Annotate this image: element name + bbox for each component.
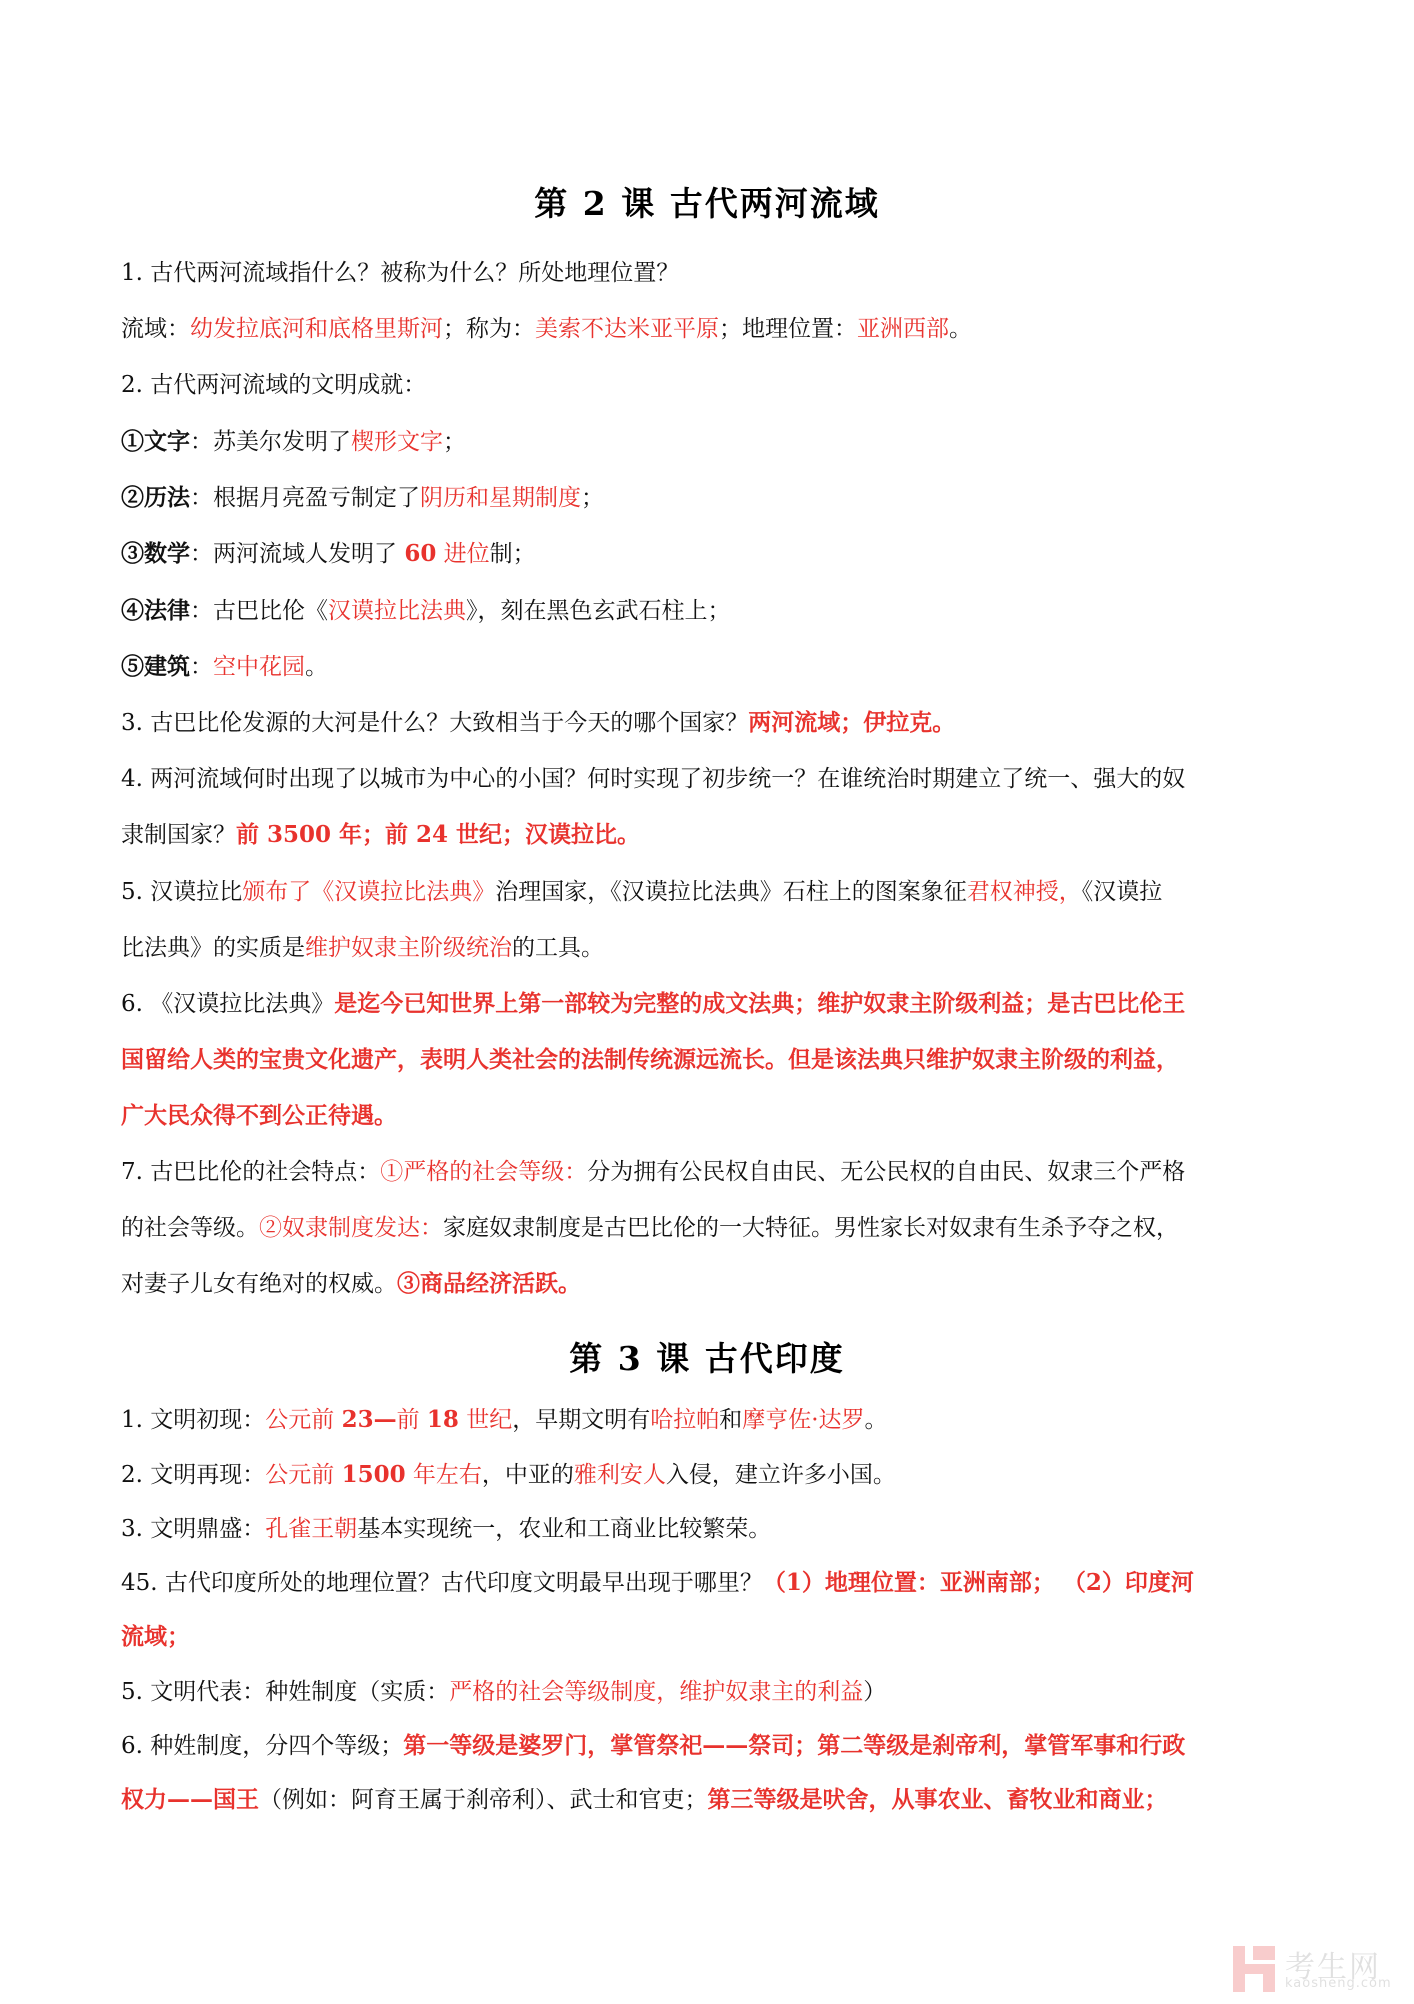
text-line: 4. 两河流域何时出现了以城市为中心的小国？何时实现了初步统一？在谁统治时期建立…: [121, 764, 1301, 794]
text-line: ⑤建筑：空中花园。: [121, 652, 1301, 682]
text-line: 2. 古代两河流域的文明成就：: [121, 370, 1301, 400]
answer-highlight: 世纪: [459, 1407, 512, 1433]
text-segment: 。: [305, 654, 328, 680]
answer-highlight: ④法律: [121, 597, 190, 624]
answer-highlight: 颁布了《汉谟拉比法典》: [242, 879, 495, 905]
text-line: 广大民众得不到公正待遇。: [121, 1101, 1301, 1131]
answer-highlight: （1）地理位置：亚洲南部； （2）印度河: [763, 1569, 1194, 1596]
text-segment: 基本实现统一，农业和工商业比较繁荣。: [357, 1516, 771, 1542]
text-line: 隶制国家？前 3500 年；前 24 世纪；汉谟拉比。: [121, 820, 1301, 850]
answer-highlight: ①严格的社会等级：: [380, 1159, 587, 1185]
text-line: 7. 古巴比伦的社会特点：①严格的社会等级：分为拥有公民权自由民、无公民权的自由…: [121, 1157, 1301, 1187]
text-segment: 制；: [490, 541, 536, 567]
text-line: 的社会等级。②奴隶制度发达：家庭奴隶制度是古巴比伦的一大特征。男性家长对奴隶有生…: [121, 1213, 1301, 1243]
text-segment: ：苏美尔发明了: [190, 429, 351, 455]
text-segment: 1. 文明初现：: [121, 1407, 265, 1433]
text-segment: 对妻子儿女有绝对的权威。: [121, 1271, 397, 1297]
text-segment: ；地理位置：: [719, 316, 857, 342]
text-line: ②历法：根据月亮盈亏制定了阴历和星期制度；: [121, 483, 1301, 513]
text-segment: 家庭奴隶制度是古巴比伦的一大特征。男性家长对奴隶有生杀予夺之权，: [443, 1215, 1179, 1241]
text-line: 对妻子儿女有绝对的权威。③商品经济活跃。: [121, 1269, 1301, 1299]
text-segment: 7. 古巴比伦的社会特点：: [121, 1159, 380, 1185]
watermark-domain: kaosheng.com: [1285, 1976, 1392, 1991]
text-line: 权力——国王（例如：阿育王属于刹帝利）、武士和官吏；第三等级是吠舍，从事农业、畜…: [121, 1785, 1301, 1815]
lesson3-title: 第 3 课 古代印度: [0, 1333, 1414, 1380]
text-segment: ；称为：: [443, 316, 535, 342]
answer-highlight: 汉谟拉比法典: [328, 598, 466, 624]
answer-highlight: 前 3500 年；前 24 世纪；汉谟拉比。: [236, 821, 640, 848]
text-segment: ：根据月亮盈亏制定了: [190, 485, 420, 511]
answer-highlight: 雅利安人: [574, 1462, 666, 1488]
answer-highlight: 进位: [436, 541, 489, 567]
answer-highlight: 国留给人类的宝贵文化遗产，表明人类社会的法制传统源远流长。但是该法典只维护奴隶主…: [121, 1046, 1179, 1073]
answer-highlight: ①文字: [121, 428, 190, 455]
lesson2-title: 第 2 课 古代两河流域: [0, 178, 1414, 225]
text-segment: 。: [865, 1407, 888, 1433]
text-segment: ，早期文明有: [512, 1407, 650, 1433]
text-line: 国留给人类的宝贵文化遗产，表明人类社会的法制传统源远流长。但是该法典只维护奴隶主…: [121, 1045, 1301, 1075]
text-segment: 》，刻在黑色玄武石柱上；: [466, 598, 731, 624]
text-line: 6. 《汉谟拉比法典》是迄今已知世界上第一部较为完整的成文法典；维护奴隶主阶级利…: [121, 989, 1301, 1019]
answer-highlight: 摩亨佐·达罗: [742, 1407, 864, 1433]
text-segment: 和: [719, 1407, 742, 1433]
answer-highlight: 1500: [342, 1461, 406, 1488]
watermark: 考生网 kaosheng.com: [1225, 1940, 1405, 1996]
text-segment: 。: [949, 316, 972, 342]
text-line: 比法典》的实质是维护奴隶主阶级统治的工具。: [121, 933, 1301, 963]
text-line: 3. 文明鼎盛：孔雀王朝基本实现统一，农业和工商业比较繁荣。: [121, 1514, 1301, 1544]
text-segment: （例如：阿育王属于刹帝利）、武士和官吏；: [259, 1787, 708, 1813]
answer-highlight: 23—: [342, 1406, 397, 1433]
text-segment: 45. 古代印度所处的地理位置？古代印度文明最早出现于哪里？: [121, 1570, 763, 1596]
text-segment: ；: [443, 429, 466, 455]
answer-highlight: ②奴隶制度发达：: [259, 1215, 443, 1241]
text-line: 1. 古代两河流域指什么？被称为什么？所处地理位置？: [121, 258, 1301, 288]
text-segment: 6. 种姓制度，分四个等级；: [121, 1733, 403, 1759]
answer-highlight: 广大民众得不到公正待遇。: [121, 1102, 397, 1129]
text-segment: ）: [863, 1679, 886, 1705]
text-segment: 3. 古巴比伦发源的大河是什么？大致相当于今天的哪个国家？: [121, 710, 748, 736]
text-segment: 5. 汉谟拉比: [121, 879, 242, 905]
text-segment: 1. 古代两河流域指什么？被称为什么？所处地理位置？: [121, 260, 679, 286]
text-segment: 比法典》的实质是: [121, 935, 305, 961]
text-segment: 2. 古代两河流域的文明成就：: [121, 372, 426, 398]
text-line: 流域；: [121, 1622, 1301, 1652]
document-page: 第 2 课 古代两河流域 1. 古代两河流域指什么？被称为什么？所处地理位置？流…: [0, 0, 1414, 2004]
text-segment: ：两河流域人发明了: [190, 541, 404, 567]
answer-highlight: ③商品经济活跃。: [397, 1270, 581, 1297]
text-segment: 入侵，建立许多小国。: [666, 1462, 896, 1488]
answer-highlight: 幼发拉底河和底格里斯河: [190, 316, 443, 342]
answer-highlight: 两河流域；伊拉克。: [748, 709, 955, 736]
text-line: 3. 古巴比伦发源的大河是什么？大致相当于今天的哪个国家？两河流域；伊拉克。: [121, 708, 1301, 738]
answer-highlight: 楔形文字: [351, 429, 443, 455]
answer-highlight: 是迄今已知世界上第一部较为完整的成文法典；维护奴隶主阶级利益；是古巴比伦王: [334, 990, 1185, 1017]
answer-highlight: ②历法: [121, 484, 190, 511]
answer-highlight: 亚洲西部: [857, 316, 949, 342]
text-segment: 6. 《汉谟拉比法典》: [121, 991, 334, 1017]
answer-highlight: 年左右: [406, 1462, 482, 1488]
text-line: 6. 种姓制度，分四个等级；第一等级是婆罗门，掌管祭祀——祭司；第二等级是刹帝利…: [121, 1731, 1301, 1761]
text-line: ①文字：苏美尔发明了楔形文字；: [121, 427, 1301, 457]
text-line: 流域：幼发拉底河和底格里斯河；称为：美索不达米亚平原；地理位置：亚洲西部。: [121, 314, 1301, 344]
answer-highlight: 第三等级是吠舍，从事农业、畜牧业和商业；: [708, 1786, 1168, 1813]
answer-highlight: 严格的社会等级制度，维护奴隶主的利益: [449, 1679, 863, 1705]
text-segment: ，中亚的: [482, 1462, 574, 1488]
text-segment: 分为拥有公民权自由民、无公民权的自由民、奴隶三个严格: [587, 1159, 1185, 1185]
text-segment: 4. 两河流域何时出现了以城市为中心的小国？何时实现了初步统一？在谁统治时期建立…: [121, 766, 1185, 792]
text-line: 5. 文明代表：种姓制度（实质：严格的社会等级制度，维护奴隶主的利益）: [121, 1677, 1301, 1707]
text-segment: 流域：: [121, 316, 190, 342]
answer-highlight: 第一等级是婆罗门，掌管祭祀——祭司；第二等级是刹帝利，掌管军事和行政: [403, 1732, 1185, 1759]
text-segment: ：: [190, 654, 213, 680]
text-line: ④法律：古巴比伦《汉谟拉比法典》，刻在黑色玄武石柱上；: [121, 596, 1301, 626]
text-line: 2. 文明再现：公元前 1500 年左右，中亚的雅利安人入侵，建立许多小国。: [121, 1460, 1301, 1490]
text-line: 45. 古代印度所处的地理位置？古代印度文明最早出现于哪里？（1）地理位置：亚洲…: [121, 1568, 1301, 1598]
answer-highlight: 60: [404, 540, 436, 567]
answer-highlight: 阴历和星期制度: [420, 485, 581, 511]
answer-highlight: 公元前: [265, 1462, 341, 1488]
answer-highlight: 孔雀王朝: [265, 1516, 357, 1542]
answer-highlight: 流域；: [121, 1623, 190, 1650]
answer-highlight: 18: [427, 1406, 459, 1433]
answer-highlight: ⑤建筑: [121, 653, 190, 680]
text-line: 5. 汉谟拉比颁布了《汉谟拉比法典》治理国家，《汉谟拉比法典》石柱上的图案象征君…: [121, 877, 1301, 907]
text-segment: 《汉谟拉: [1082, 879, 1163, 905]
answer-highlight: 前: [397, 1407, 427, 1433]
text-segment: 3. 文明鼎盛：: [121, 1516, 265, 1542]
text-segment: 2. 文明再现：: [121, 1462, 265, 1488]
text-segment: ；: [581, 485, 604, 511]
text-segment: 隶制国家？: [121, 822, 236, 848]
text-segment: 治理国家，《汉谟拉比法典》石柱上的图案象征: [495, 879, 967, 905]
answer-highlight: 哈拉帕: [650, 1407, 719, 1433]
answer-highlight: 美索不达米亚平原: [535, 316, 719, 342]
answer-highlight: 空中花园: [213, 654, 305, 680]
answer-highlight: 权力——国王: [121, 1786, 259, 1813]
text-line: 1. 文明初现：公元前 23—前 18 世纪，早期文明有哈拉帕和摩亨佐·达罗。: [121, 1405, 1301, 1435]
text-segment: 5. 文明代表：种姓制度（实质：: [121, 1679, 449, 1705]
kaosheng-logo-icon: [1233, 1946, 1277, 1992]
answer-highlight: 君权神授，: [967, 879, 1082, 905]
answer-highlight: ③数学: [121, 540, 190, 567]
text-segment: ：古巴比伦《: [190, 598, 328, 624]
text-segment: 的工具。: [512, 935, 604, 961]
answer-highlight: 维护奴隶主阶级统治: [305, 935, 512, 961]
answer-highlight: 公元前: [265, 1407, 341, 1433]
text-line: ③数学：两河流域人发明了 60 进位制；: [121, 539, 1301, 569]
text-segment: 的社会等级。: [121, 1215, 259, 1241]
